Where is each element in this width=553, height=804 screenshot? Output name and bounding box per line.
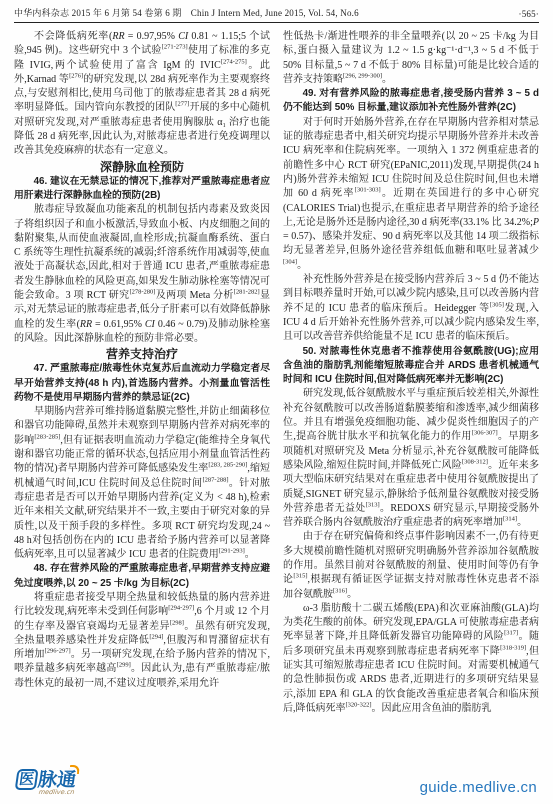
paragraph-46-evidence: 脓毒症导致凝血功能紊乱的机制包括内毒素及致炎因子将组织因子和血小板激活,导致血小… — [14, 203, 270, 346]
logo-accent-swoosh-icon — [69, 765, 80, 774]
right-column: 性低热卡/渐进性喂养的非全量喂养(以 20 ~ 25 卡/kg 为目标,蛋白摄入… — [283, 30, 539, 716]
journal-page: 中华内科杂志 2015 年 6 月第 54 卷第 6 期 Chin J Inte… — [0, 0, 553, 804]
paragraph-49-evidence-2: 补充性肠外营养是在接受肠内营养后 3 ~ 5 d 仍不能达到目标喂养量时开始,可… — [283, 273, 539, 344]
recommendation-49: 49. 对有营养风险的脓毒症患者,接受肠内营养 3 ~ 5 d 仍不能达到 50… — [283, 87, 539, 116]
page-number: ·565· — [519, 9, 540, 19]
left-column: 不会降低病死率(RR = 0.97,95% CI 0.81 ~ 1.15;5 个… — [14, 30, 270, 716]
medlive-logo: 医脉通 medlive.cn — [14, 765, 78, 796]
logo-domain-text: medlive.cn — [14, 789, 75, 796]
paragraph-50-evidence-2: 由于存在研究偏倚和终点事件影响因素不一,仍有待更多大规模前瞻性随机对照研究明确肠… — [283, 530, 539, 601]
section-heading-nutrition-support: 营养支持治疗 — [14, 346, 270, 362]
paragraph-47-evidence: 早期肠内营养可维持肠道黏膜完整性,并防止细菌移位和器官功能障碍,虽然并未观察到早… — [14, 405, 270, 562]
paragraph-48-evidence: 将重症患者接受早期全热量和较低热量的肠内营养进行比较发现,病死率未受到任何影响[… — [14, 591, 270, 691]
paragraph-49-evidence-1: 对于何时开始肠外营养,在存在早期肠内营养相对禁忌证的脓毒症患者中,相关研究均提示… — [283, 116, 539, 273]
two-column-body: 不会降低病死率(RR = 0.97,95% CI 0.81 ~ 1.15;5 个… — [14, 30, 539, 716]
recommendation-48: 48. 存在营养风险的严重脓毒症患者,早期营养支持应避免过度喂养,以 20 ~ … — [14, 562, 270, 591]
logo-char-yi: 医 — [15, 769, 39, 790]
paragraph-immunotherapy: 不会降低病死率(RR = 0.97,95% CI 0.81 ~ 1.15;5 个… — [14, 30, 270, 159]
recommendation-50: 50. 对脓毒性休克患者不推荐使用谷氨酰胺(UG);应用含鱼油的脂肪乳剂能缩短脓… — [283, 345, 539, 388]
recommendation-46: 46. 建议在无禁忌证的情况下,推荐对严重脓毒症患者应用肝素进行深静脉血栓的预防… — [14, 175, 270, 204]
paragraph-50-evidence-1: 研究发现,低谷氨酰胺水平与重症预后较差相关,外源性补充谷氨酰胺可以改善肠道黏膜萎… — [283, 387, 539, 530]
page-footer: 医脉通 medlive.cn guide.medlive.cn — [0, 765, 553, 796]
guide-watermark: guide.medlive.cn — [420, 779, 537, 796]
section-heading-dvt-prevention: 深静脉血栓预防 — [14, 159, 270, 175]
paragraph-48-continued: 性低热卡/渐进性喂养的非全量喂养(以 20 ~ 25 卡/kg 为目标,蛋白摄入… — [283, 30, 539, 87]
recommendation-47: 47. 严重脓毒症/脓毒性休克复苏后血流动力学稳定者尽早开始营养支持(48 h … — [14, 362, 270, 405]
paragraph-50-evidence-3: ω-3 脂肪酸十二碳五烯酸(EPA)和次亚麻油酸(GLA)均为类花生酸的前体。研… — [283, 602, 539, 716]
journal-citation: 中华内科杂志 2015 年 6 月第 54 卷第 6 期 Chin J Inte… — [14, 6, 359, 19]
running-head: 中华内科杂志 2015 年 6 月第 54 卷第 6 期 Chin J Inte… — [14, 6, 539, 23]
